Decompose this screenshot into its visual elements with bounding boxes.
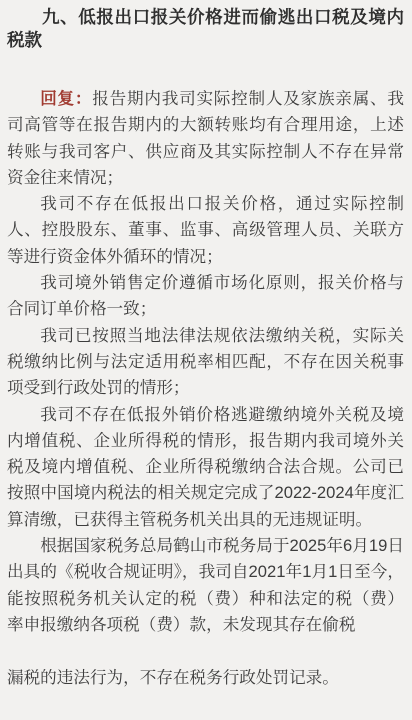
document-page: 九、低报出口报关价格进而偷逃出口税及境内税款 回复：报告期内我司实际控制人及家族… bbox=[0, 0, 412, 720]
reply-paragraph: 我司境外销售定价遵循市场化原则，报关价格与合同订单价格一致； bbox=[7, 270, 404, 323]
reply-paragraph: 我司不存在低报外销价格逃避缴纳境外关税及境内增值税、企业所得税的情形，报告期内我… bbox=[7, 402, 404, 533]
reply-paragraph: 根据国家税务总局鹤山市税务局于2025年6月19日出具的《税收合规证明》，我司自… bbox=[7, 533, 404, 638]
section-heading: 九、低报出口报关价格进而偷逃出口税及境内税款 bbox=[7, 6, 404, 52]
reply-label: 回复： bbox=[40, 89, 92, 108]
reply-paragraph-continuation: 漏税的违法行为，不存在税务行政处罚记录。 bbox=[7, 665, 404, 691]
reply-paragraph: 我司已按照当地法律法规依法缴纳关税，实际关税缴纳比例与法定适用税率相匹配，不存在… bbox=[7, 323, 404, 402]
reply-paragraph: 回复：报告期内我司实际控制人及家族亲属、我司高管等在报告期内的大额转账均有合理用… bbox=[7, 86, 404, 191]
reply-paragraph: 我司不存在低报出口报关价格，通过实际控制人、控股股东、董事、监事、高级管理人员、… bbox=[7, 191, 404, 270]
